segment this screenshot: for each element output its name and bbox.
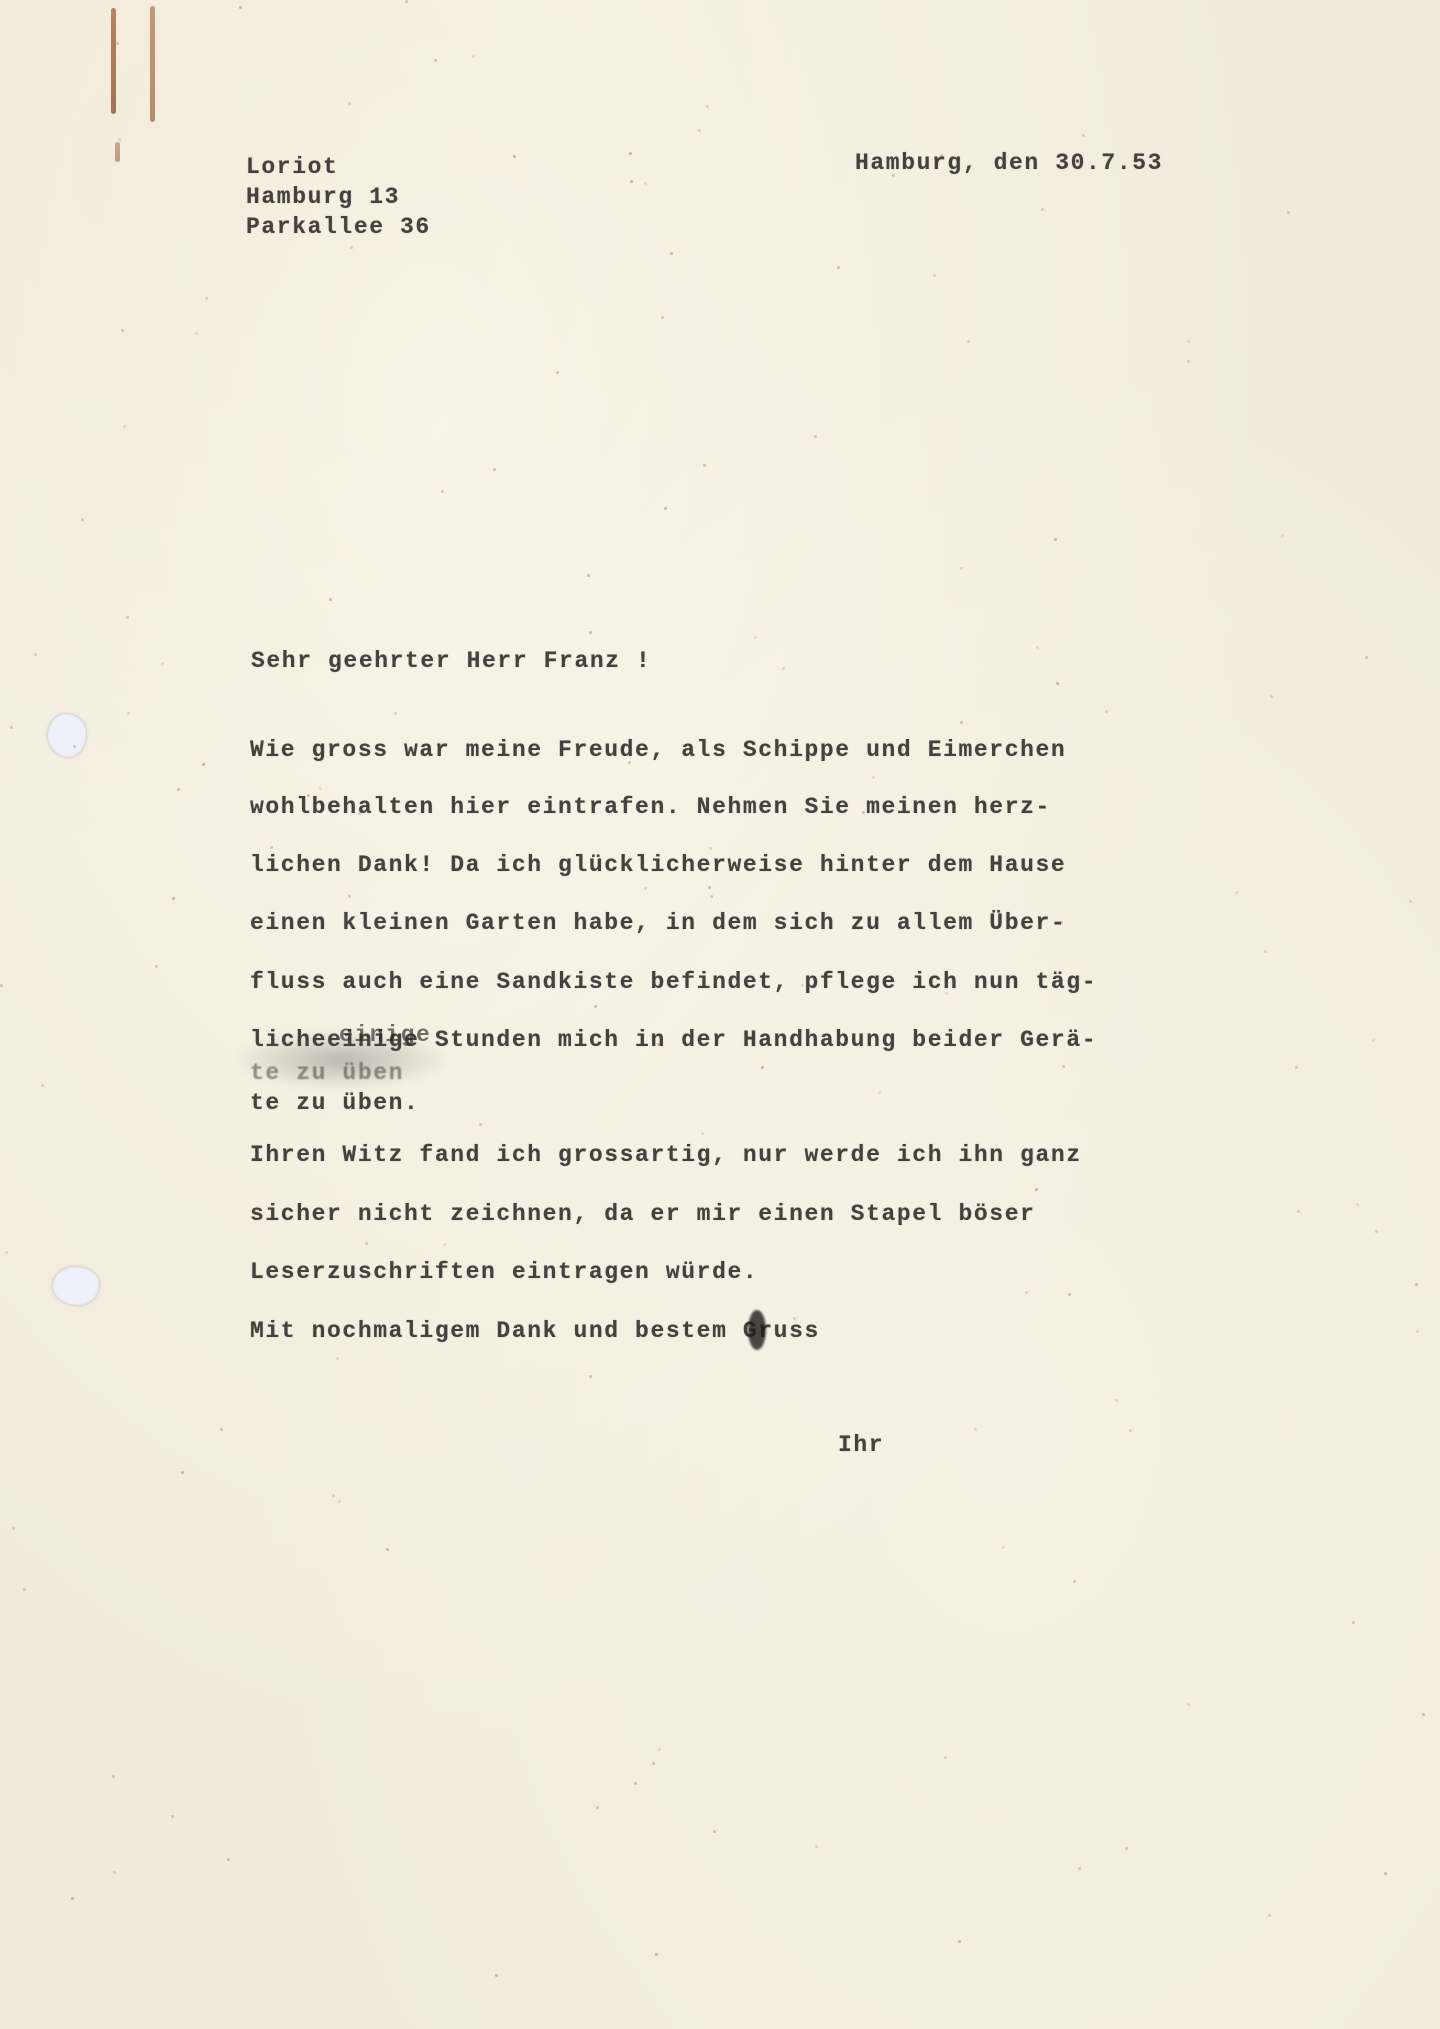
paper-speck [960,567,963,570]
paper-speck [634,1782,637,1785]
paper-speck [1068,1293,1071,1296]
paper-speck [126,616,129,619]
paper-speck [434,59,437,62]
paper-speck [698,129,701,132]
paper-speck [1295,1066,1298,1069]
paper-speck [41,1084,44,1087]
paper-speck [1036,646,1039,649]
paper-speck [1187,360,1190,363]
body-line-2: wohlbehalten hier eintrafen. Nehmen Sie … [250,794,1051,820]
paper-speck [670,252,673,255]
paper-speck [1235,891,1238,894]
rust-mark-bottom [115,142,120,162]
paper-speck [332,1494,335,1497]
paper-speck [1115,1399,1118,1402]
paper-speck [655,1953,658,1956]
paper-speck [644,182,647,185]
paper-speck [113,1871,116,1874]
body-line-9: sicher nicht zeichnen, da er mir einen S… [250,1201,1036,1227]
paper-speck [441,490,444,493]
body-line-4: einen kleinen Garten habe, in dem sich z… [250,910,1066,936]
paper-speck [1415,1283,1418,1286]
paper-speck [664,507,667,510]
paper-speck [177,788,180,791]
paper-speck [1409,900,1412,903]
paper-speck [706,105,709,108]
paper-speck [1264,950,1267,953]
sender-block: LoriotHamburg 13Parkallee 36 [246,152,431,242]
paper-speck [589,1375,592,1378]
paper-speck [974,1428,977,1431]
body-line-7: te zu üben. [250,1090,419,1116]
paper-speck [596,1806,599,1809]
paper-speck [1281,534,1284,537]
paper-speck [837,266,840,269]
paper-speck [0,984,3,987]
sender-city: Hamburg 13 [246,182,431,212]
paper-speck [270,846,273,849]
paper-speck [1270,695,1273,698]
paper-speck [443,1243,446,1246]
paper-speck [195,332,198,335]
paper-speck [348,895,351,898]
paper-speck [386,1548,389,1551]
paper-speck [661,316,664,319]
paper-speck [1365,656,1368,659]
paper-speck [815,1845,818,1848]
paper-speck [495,1974,498,1977]
paper-speck [23,1588,26,1591]
paper-speck [703,464,706,467]
paper-speck [405,0,408,3]
paper-speck [1416,1330,1419,1333]
paper-speck [181,1471,184,1474]
paper-speck [116,42,119,45]
closing: Ihr [838,1432,884,1458]
paper-speck [1356,1203,1359,1206]
paper-speck [967,340,970,343]
paper-speck [1105,710,1108,713]
body-line-11: Mit nochmaligem Dank und bestem Gruss [250,1318,820,1344]
paper-speck [814,435,817,438]
paper-speck [161,662,164,665]
sender-name: Loriot [246,152,431,182]
paper-speck [319,787,322,790]
paper-speck [944,1756,947,1759]
place-date: Hamburg, den 30.7.53 [855,150,1163,176]
paper-speck [127,712,130,715]
paper-speck [227,1858,230,1861]
paper-speck [123,425,126,428]
paper-speck [1082,134,1085,137]
paper-speck [708,886,711,889]
paper-speck [12,1527,15,1530]
paper-speck [587,574,590,577]
paper-speck [782,667,785,670]
paper-speck [73,745,76,748]
paper-speck [350,246,353,249]
paper-speck [960,721,963,724]
paper-speck [630,180,633,183]
paper-speck [121,329,124,332]
paper-speck [329,598,332,601]
body-line-3: lichen Dank! Da ich glücklicherweise hin… [250,852,1066,878]
paper-speck [365,1242,368,1245]
paper-speck [1002,1546,1005,1549]
paper-speck [239,6,242,9]
sender-street: Parkallee 36 [246,212,431,242]
paper-speck [394,712,397,715]
paper-speck [112,1775,115,1778]
paper-speck [1025,1291,1028,1294]
body-line-5: fluss auch eine Sandkiste befindet, pfle… [250,969,1097,995]
paper-speck [556,371,559,374]
paper-speck [710,895,713,898]
paper-speck [1375,1230,1378,1233]
paper-speck [754,636,757,639]
paper-speck [10,726,13,729]
paper-speck [479,1123,482,1126]
paper-speck [172,897,175,900]
paper-speck [658,1748,661,1751]
paper-speck [1372,1039,1375,1042]
punch-hole-top [47,713,87,758]
paper-speck [118,138,121,141]
paper-speck [220,1428,223,1431]
paper-speck [1129,1429,1132,1432]
paper-speck [493,468,496,471]
paper-speck [1422,1713,1425,1716]
paper-speck [1297,1210,1300,1213]
rust-mark-left [111,8,116,114]
paper-speck [71,1897,74,1900]
paper-speck [629,152,632,155]
rust-mark-right [150,6,155,122]
paper-speck [701,1132,704,1135]
paper-speck [202,763,205,766]
paper-speck [1041,208,1044,211]
paper-speck [644,887,647,890]
paper-speck [652,1762,655,1765]
paper-speck [958,1940,961,1943]
paper-speck [1062,1065,1065,1068]
paper-speck [933,274,936,277]
paper-speck [878,1091,881,1094]
paper-speck [1287,211,1290,214]
paper-speck [472,55,475,58]
paper-speck [709,847,712,850]
salutation: Sehr geehrter Herr Franz ! [251,648,651,674]
paper-speck [1352,1621,1355,1624]
paper-speck [1384,1872,1387,1875]
paper-speck [348,102,351,105]
body-line-smudged: te zu üben [250,1060,404,1086]
paper-speck [761,1066,764,1069]
ink-blot [748,1310,766,1350]
paper-speck [713,1830,716,1833]
paper-speck [589,631,592,634]
paper-speck [155,965,158,968]
paper-speck [1035,1188,1038,1191]
paper-speck [1056,682,1059,685]
body-line-10: Leserzuschriften eintragen würde. [250,1259,758,1285]
paper-speck [1187,340,1190,343]
paper-speck [1078,1867,1081,1870]
paper-speck [205,297,208,300]
paper-speck [1125,1847,1128,1850]
body-line-8: Ihren Witz fand ich grossartig, nur werd… [250,1142,1082,1168]
paper-speck [1073,1580,1076,1583]
body-line-1: Wie gross war meine Freude, als Schippe … [250,737,1066,763]
paper-speck [1268,1914,1271,1917]
paper-speck [872,776,875,779]
paper-speck [1054,538,1057,541]
paper-speck [171,1815,174,1818]
paper-speck [336,1357,339,1360]
paper-speck [34,653,37,656]
paper-speck [5,1251,8,1254]
paper-speck [338,1500,341,1503]
paper-speck [81,518,84,521]
punch-hole-bottom [52,1266,100,1306]
paper-speck [594,1005,597,1008]
paper-speck [513,155,516,158]
paper-speck [1187,1703,1190,1706]
